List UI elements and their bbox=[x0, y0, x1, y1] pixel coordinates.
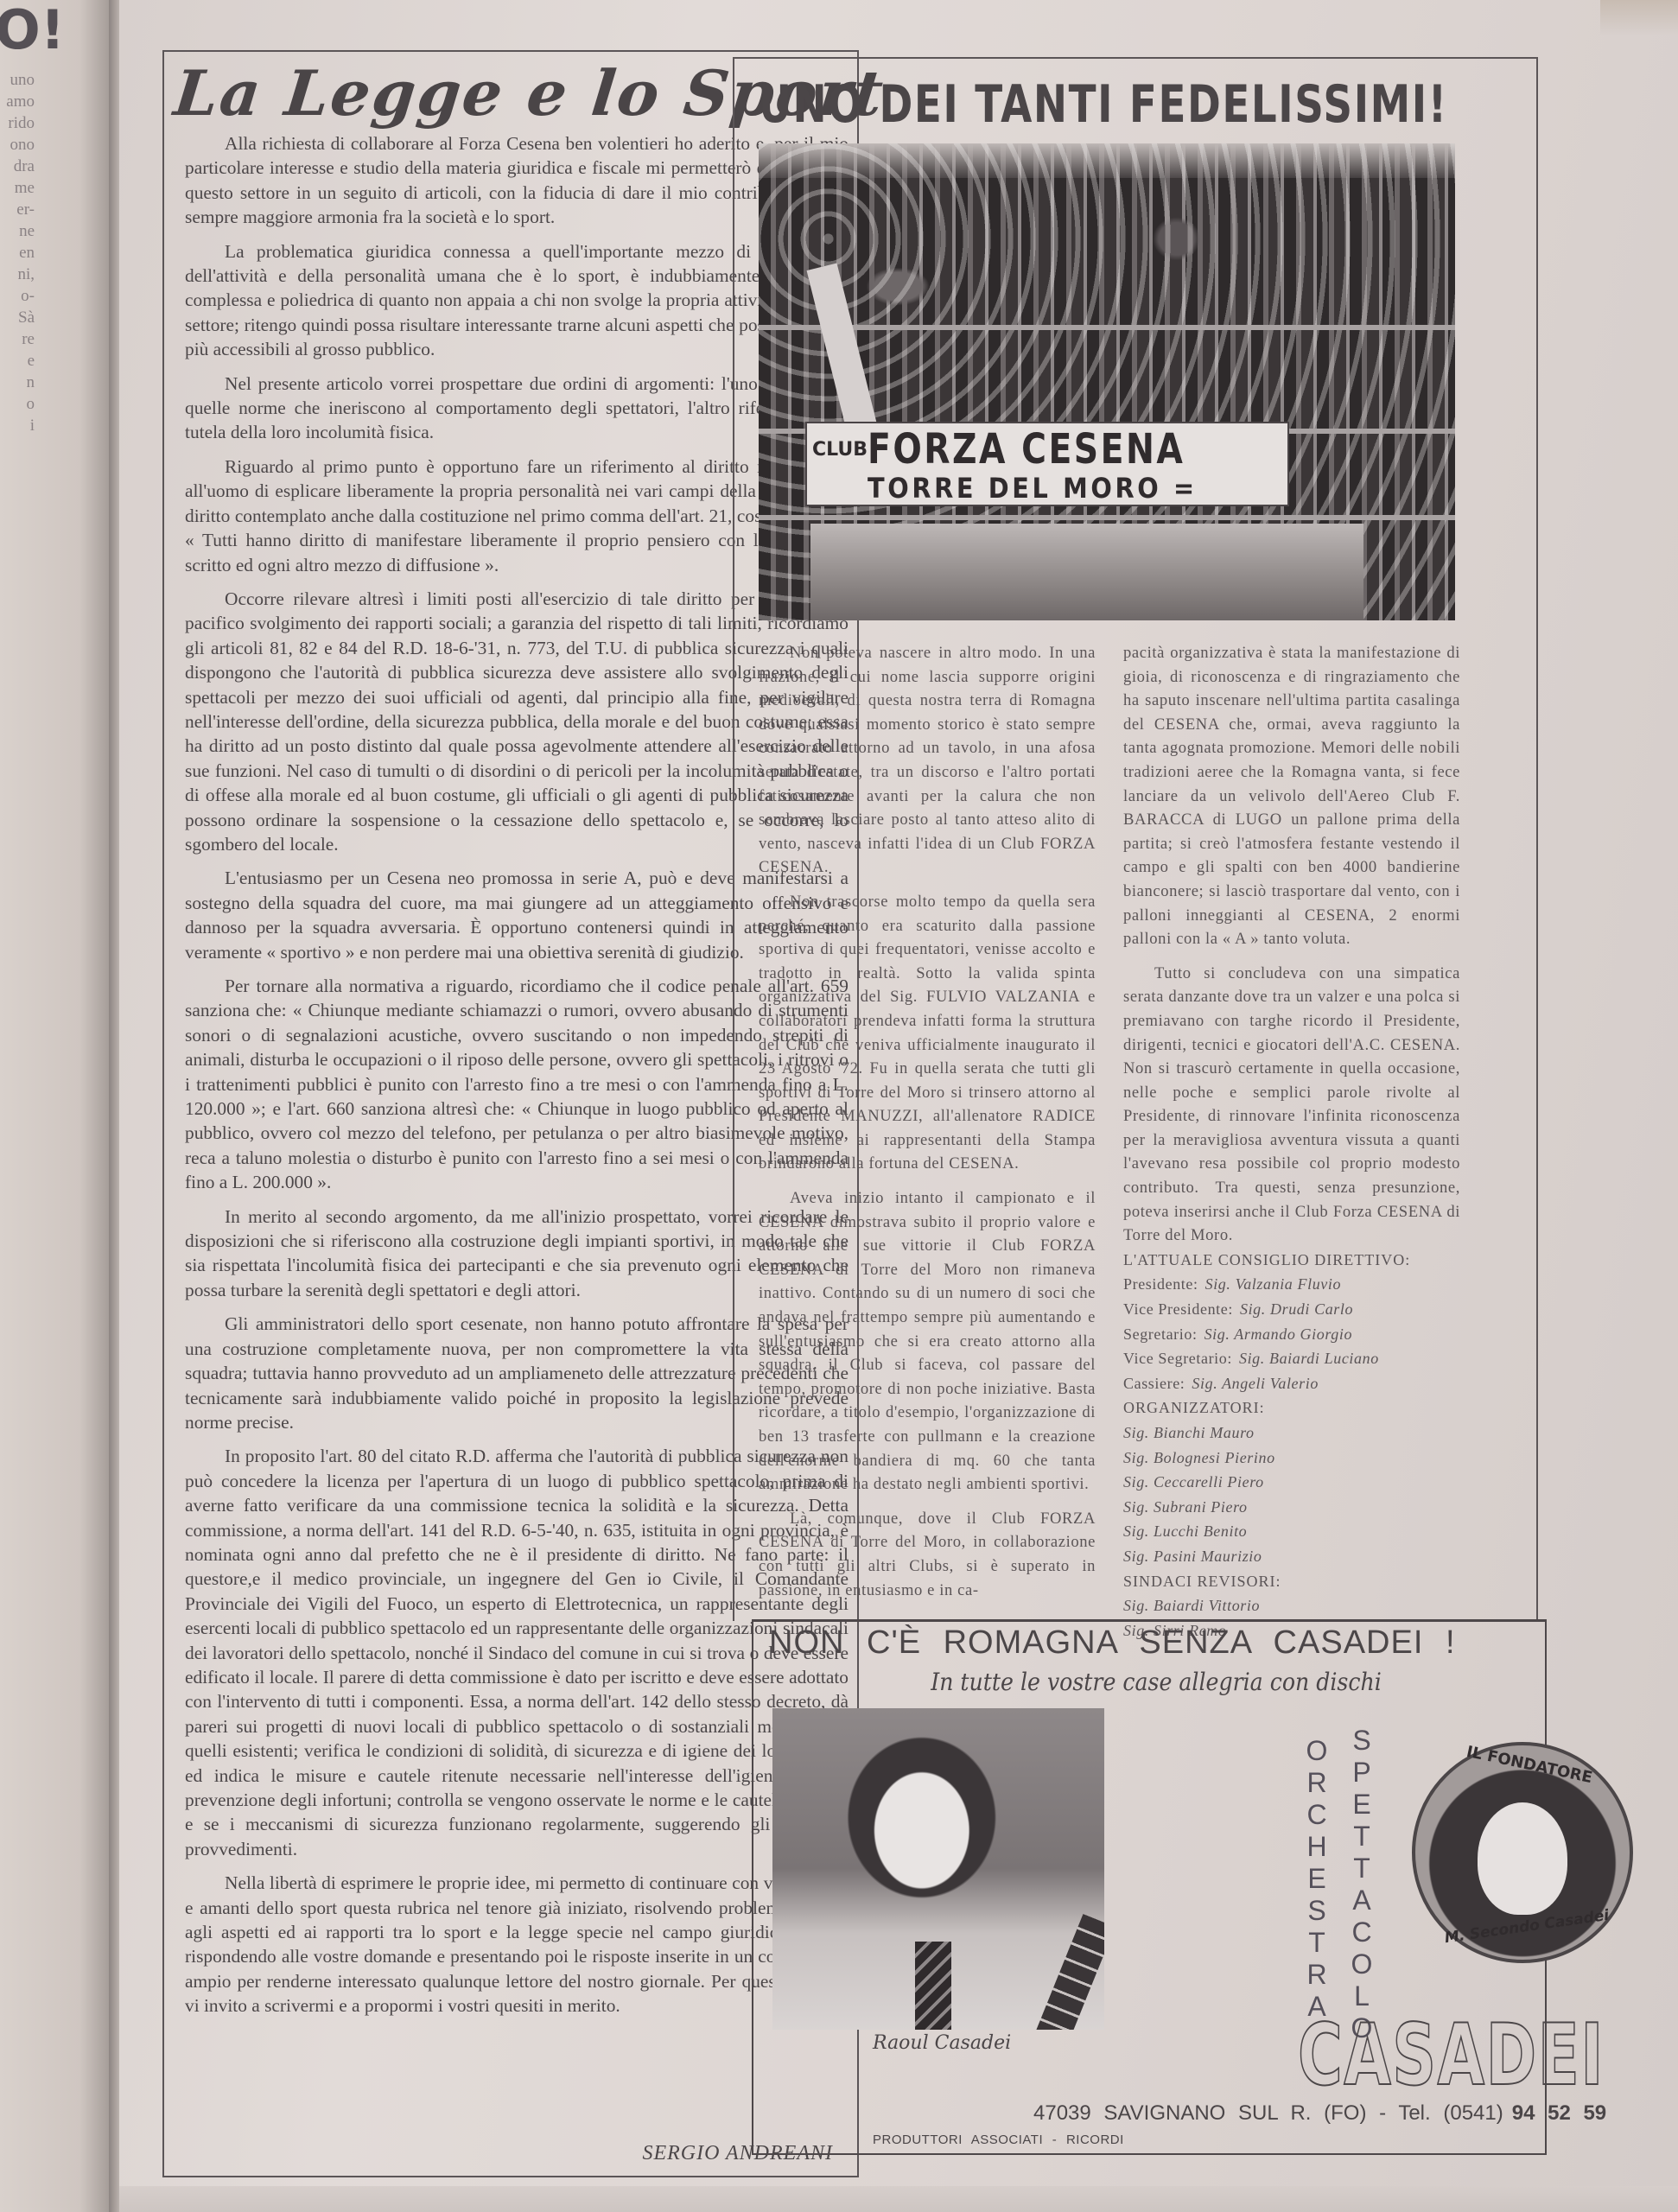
board-officer: Vice Presidente:Sig. Drudi Carlo bbox=[1123, 1297, 1460, 1322]
officer-name: Sig. Baiardi Luciano bbox=[1239, 1350, 1379, 1367]
text-fragment: uno bbox=[0, 69, 35, 91]
raoul-casadei-photo bbox=[772, 1708, 1104, 2030]
paragraph: Tutto si concludeva con una simpatica se… bbox=[1123, 962, 1460, 1248]
ad-subheadline: In tutte le vostre case allegria con dis… bbox=[876, 1668, 1436, 1696]
text-fragment: dra bbox=[0, 156, 35, 177]
text-fragment: me bbox=[0, 177, 35, 199]
banner-line-1: FORZA CESENA bbox=[868, 425, 1185, 474]
previous-page-edge: O! uno amo rido ono dra me er- ne en ni,… bbox=[0, 0, 114, 2212]
organizer: Sig. Ceccarelli Piero bbox=[1123, 1470, 1460, 1495]
address-text: 47039 SAVIGNANO SUL R. (FO) - Tel. (0541… bbox=[1033, 2101, 1503, 2125]
organizer: Sig. Bianchi Mauro bbox=[1123, 1421, 1460, 1446]
vertical-letter: H bbox=[1300, 1831, 1334, 1863]
vertical-letter: R bbox=[1300, 1767, 1334, 1799]
previous-page-text-fragments: uno amo rido ono dra me er- ne en ni, o-… bbox=[0, 69, 35, 436]
text-fragment: amo bbox=[0, 91, 35, 112]
ad-producers: PRODUTTORI ASSOCIATI - RICORDI bbox=[873, 2133, 1124, 2147]
fedelissimi-column-2: pacità organizzativa è stata la manifest… bbox=[1123, 641, 1460, 1643]
board-of-directors: L'ATTUALE CONSIGLIO DIRETTIVO: President… bbox=[1123, 1248, 1460, 1643]
text-fragment: n bbox=[0, 372, 35, 393]
phone-number: 94 52 59 bbox=[1512, 2101, 1606, 2125]
vertical-letter: P bbox=[1344, 1757, 1379, 1789]
vertical-letter: R bbox=[1300, 1959, 1334, 1991]
officer-role: Vice Segretario: bbox=[1123, 1350, 1232, 1367]
vertical-letter: S bbox=[1300, 1895, 1334, 1927]
auditors-heading: SINDACI REVISORI: bbox=[1123, 1569, 1460, 1594]
text-fragment: o bbox=[0, 393, 35, 415]
vertical-letter: O bbox=[1344, 1948, 1379, 1980]
previous-page-title-fragment: O! bbox=[0, 3, 65, 57]
vertical-letter: T bbox=[1344, 1853, 1379, 1885]
vertical-word-spettacolo: SPETTACOLO bbox=[1344, 1725, 1379, 2044]
text-fragment: re bbox=[0, 328, 35, 350]
text-fragment: en bbox=[0, 242, 35, 264]
board-officer: Cassiere:Sig. Angeli Valerio bbox=[1123, 1371, 1460, 1396]
text-fragment: o- bbox=[0, 285, 35, 307]
organizer: Sig. Pasini Maurizio bbox=[1123, 1544, 1460, 1569]
officer-name: Sig. Armando Giorgio bbox=[1204, 1325, 1353, 1343]
stand-wall bbox=[810, 524, 1363, 620]
officer-role: Cassiere: bbox=[1123, 1375, 1185, 1392]
text-fragment: ni, bbox=[0, 264, 35, 285]
fedelissimi-column-1: Non poteva nascere in altro modo. In una… bbox=[759, 641, 1096, 1612]
ad-headline: NON C'È ROMAGNA SENZA CASADEI ! bbox=[769, 1624, 1529, 1662]
officer-role: Vice Presidente: bbox=[1123, 1300, 1233, 1318]
officer-name: Sig. Drudi Carlo bbox=[1240, 1300, 1353, 1318]
officer-role: Presidente: bbox=[1123, 1275, 1198, 1293]
photo-caption: Raoul Casadei bbox=[873, 2032, 1011, 2054]
guitar-neck bbox=[1034, 1914, 1104, 2030]
auditor: Sig. Baiardi Vittorio bbox=[1123, 1593, 1460, 1618]
board-heading: L'ATTUALE CONSIGLIO DIRETTIVO: bbox=[1123, 1248, 1460, 1273]
vertical-letter: E bbox=[1300, 1863, 1334, 1895]
organizer: Sig. Bolognesi Pierino bbox=[1123, 1446, 1460, 1471]
organizer: Sig. Lucchi Benito bbox=[1123, 1519, 1460, 1544]
text-fragment: rido bbox=[0, 112, 35, 134]
paragraph: Nella libertà di esprimere le proprie id… bbox=[185, 1871, 849, 2018]
fedelissimi-title: UNO DEI TANTI FEDELISSIMI! bbox=[759, 74, 1351, 135]
banner-line-2: TORRE DEL MORO = bbox=[868, 472, 1198, 505]
text-fragment: ne bbox=[0, 220, 35, 242]
officer-role: Segretario: bbox=[1123, 1325, 1198, 1343]
text-fragment: i bbox=[0, 415, 35, 436]
page-corner bbox=[1600, 0, 1678, 35]
text-fragment: er- bbox=[0, 199, 35, 220]
vertical-letter: T bbox=[1344, 1821, 1379, 1853]
officer-name: Sig. Valzania Fluvio bbox=[1205, 1275, 1342, 1293]
club-banner: CLUB FORZA CESENA TORRE DEL MORO = bbox=[805, 422, 1289, 506]
stand-railing bbox=[759, 515, 1455, 520]
paragraph: Là, comunque, dove il Club FORZA CESENA … bbox=[759, 1507, 1096, 1602]
stand-railing bbox=[759, 325, 1455, 330]
banner-club-text: CLUB bbox=[812, 439, 868, 461]
vertical-word-orchestra: ORCHESTRA bbox=[1300, 1735, 1334, 2023]
frame-divider bbox=[733, 57, 734, 1621]
supporters-photo: CLUB FORZA CESENA TORRE DEL MORO = bbox=[759, 143, 1455, 620]
paragraph: pacità organizzativa è stata la manifest… bbox=[1123, 641, 1460, 951]
paragraph: Non trascorse molto tempo da quella sera… bbox=[759, 890, 1096, 1176]
vertical-letter: S bbox=[1344, 1725, 1379, 1757]
founder-portrait bbox=[1478, 1802, 1567, 1915]
board-officer: Segretario:Sig. Armando Giorgio bbox=[1123, 1322, 1460, 1347]
text-fragment: Sà bbox=[0, 307, 35, 328]
board-officer: Vice Segretario:Sig. Baiardi Luciano bbox=[1123, 1346, 1460, 1371]
vertical-letter: T bbox=[1300, 1927, 1334, 1959]
tie bbox=[915, 1942, 951, 2030]
page-bottom-margin bbox=[119, 2186, 1678, 2212]
board-officer: Presidente:Sig. Valzania Fluvio bbox=[1123, 1272, 1460, 1297]
vertical-letter: A bbox=[1344, 1885, 1379, 1916]
vertical-letter: E bbox=[1344, 1789, 1379, 1821]
text-fragment: e bbox=[0, 350, 35, 372]
ad-address: 47039 SAVIGNANO SUL R. (FO) - Tel. (0541… bbox=[1033, 2101, 1606, 2126]
organizer: Sig. Subrani Piero bbox=[1123, 1495, 1460, 1520]
vertical-letter: O bbox=[1300, 1735, 1334, 1767]
officer-name: Sig. Angeli Valerio bbox=[1192, 1375, 1319, 1392]
paragraph: Aveva inizio intanto il campionato e il … bbox=[759, 1186, 1096, 1497]
organizers-heading: ORGANIZZATORI: bbox=[1123, 1395, 1460, 1421]
brand-logo: CASADEI bbox=[1298, 2013, 1605, 2098]
text-fragment: ono bbox=[0, 134, 35, 156]
paragraph: Non poteva nascere in altro modo. In una… bbox=[759, 641, 1096, 880]
founder-medallion: IL FONDATORE M. Secondo Casadei bbox=[1412, 1742, 1633, 1963]
vertical-letter: C bbox=[1344, 1916, 1379, 1948]
vertical-letter: C bbox=[1300, 1799, 1334, 1831]
